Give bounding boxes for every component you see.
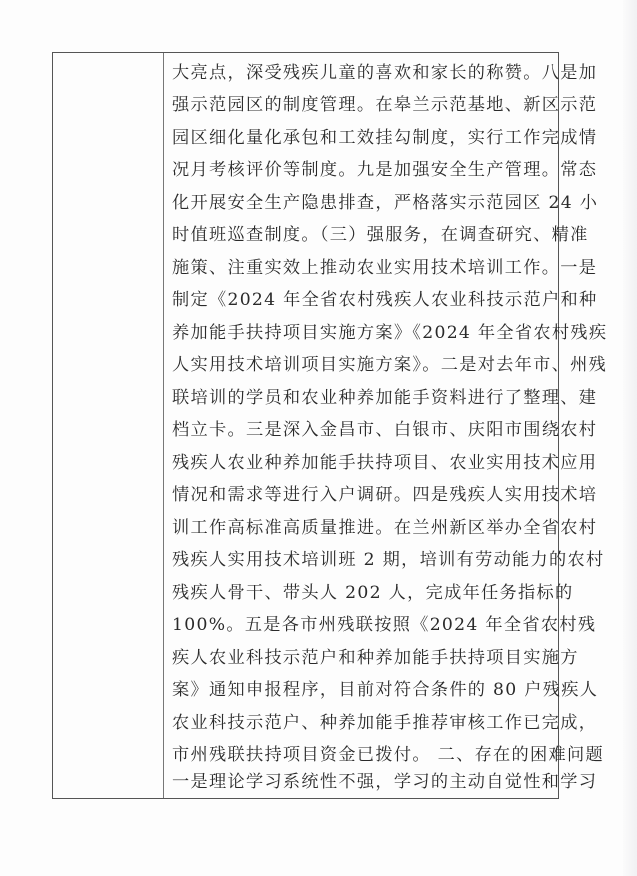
- text-line: 强示范园区的制度管理。在皋兰示范基地、新区示范: [172, 90, 552, 120]
- text-line: 残疾人农业种养加能手扶持项目、农业实用技术应用: [172, 448, 552, 478]
- text-line: 一是理论学习系统性不强，学习的主动自觉性和学习: [172, 767, 552, 797]
- text-line: 农业科技示范户、种养加能手推荐审核工作已完成，: [172, 708, 552, 738]
- table-content-cell: 大亮点，深受残疾儿童的喜欢和家长的称赞。八是加 强示范园区的制度管理。在皋兰示范…: [164, 53, 558, 798]
- text-line: 疾人农业科技示范户和种养加能手扶持项目实施方: [172, 643, 552, 673]
- text-line: 训工作高标准高质量推进。在兰州新区举办全省农村: [172, 513, 552, 543]
- text-line: 案》通知申报程序，目前对符合条件的 80 户残疾人: [172, 675, 552, 705]
- text-line: 100%。五是各市州残联按照《2024 年全省农村残: [172, 610, 552, 640]
- text-line: 档立卡。三是深入金昌市、白银市、庆阳市围绕农村: [172, 415, 552, 445]
- document-table: 大亮点，深受残疾儿童的喜欢和家长的称赞。八是加 强示范园区的制度管理。在皋兰示范…: [52, 52, 559, 799]
- text-line: 人实用技术培训项目实施方案》。二是对去年市、州残: [172, 350, 552, 380]
- table-left-cell: [53, 53, 164, 798]
- text-line: 况月考核评价等制度。九是加强安全生产管理。常态: [172, 155, 552, 185]
- text-line: 情况和需求等进行入户调研。四是残疾人实用技术培: [172, 480, 552, 510]
- text-line: 化开展安全生产隐患排查，严格落实示范园区 24 小: [172, 188, 552, 218]
- text-line: 残疾人实用技术培训班 2 期，培训有劳动能力的农村: [172, 545, 552, 575]
- page-edge-shadow: [623, 0, 637, 876]
- text-line: 残疾人骨干、带头人 202 人，完成年任务指标的: [172, 578, 552, 608]
- text-line: 施策、注重实效上推动农业实用技术培训工作。一是: [172, 253, 552, 283]
- text-line: 养加能手扶持项目实施方案》《2024 年全省农村残疾: [172, 318, 552, 348]
- text-line: 园区细化量化承包和工效挂勾制度，实行工作完成情: [172, 123, 552, 153]
- text-line: 制定《2024 年全省农村残疾人农业科技示范户和种: [172, 285, 552, 315]
- text-line: 时值班巡查制度。（三）强服务，在调查研究、精准: [172, 220, 552, 250]
- text-line: 大亮点，深受残疾儿童的喜欢和家长的称赞。八是加: [172, 58, 552, 88]
- text-line: 市州残联扶持项目资金已拨付。 二、存在的困难问题: [172, 740, 552, 770]
- text-line: 联培训的学员和农业种养加能手资料进行了整理、建: [172, 383, 552, 413]
